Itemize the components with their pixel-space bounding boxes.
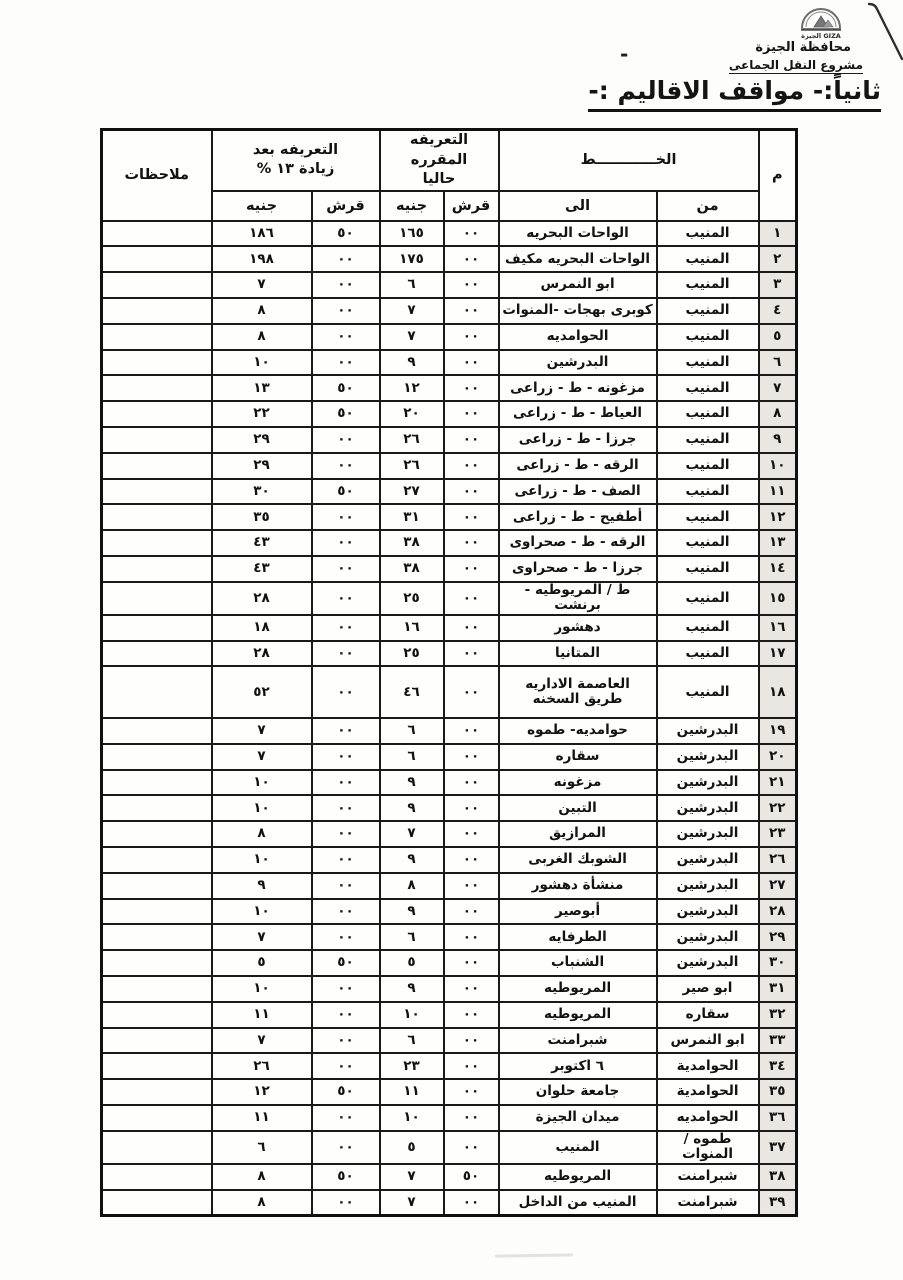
cell-notes [102,298,212,324]
row-number: ٥ [759,324,797,350]
cell-from: المنيب [657,453,759,479]
cell-from: المنيب [657,272,759,298]
row-number: ١١ [759,479,797,505]
cell-current-qirsh: ٠٠ [444,744,499,770]
cell-current-geneh: ٧ [380,324,444,350]
cell-from: البدرشين [657,795,759,821]
cell-from: المنيب [657,641,759,667]
cell-from: المنيب [657,666,759,718]
cell-to: المتانيا [499,641,657,667]
cell-new-qirsh: ٠٠ [312,246,380,272]
table-body: ١المنيبالواحات البحريه٠٠١٦٥٥٠١٨٦٢المنيبا… [102,221,797,1216]
row-number: ٣٤ [759,1053,797,1079]
cell-current-geneh: ٦ [380,744,444,770]
cell-current-qirsh: ٠٠ [444,582,499,615]
cell-new-geneh: ١٠ [212,350,312,376]
cell-current-geneh: ٦ [380,272,444,298]
table-row: ١المنيبالواحات البحريه٠٠١٦٥٥٠١٨٦ [102,221,797,247]
cell-current-geneh: ١٦ [380,615,444,641]
table-row: ٢٦البدرشينالشوبك الغربى٠٠٩٠٠١٠ [102,847,797,873]
row-number: ٦ [759,350,797,376]
cell-new-geneh: ٨ [212,324,312,350]
cell-new-qirsh: ٠٠ [312,1053,380,1079]
cell-notes [102,556,212,582]
cell-new-qirsh: ٠٠ [312,718,380,744]
cell-notes [102,1053,212,1079]
cell-new-qirsh: ٥٠ [312,401,380,427]
cell-from: البدرشين [657,899,759,925]
col-header-current-tariff-group: التعريفه المقرره حاليا [380,130,499,191]
governorate-name: محافظة الجيزة [755,40,851,55]
cell-new-qirsh: ٠٠ [312,1131,380,1164]
cell-new-geneh: ٢٩ [212,453,312,479]
cell-new-qirsh: ٠٠ [312,504,380,530]
cell-from: البدرشين [657,770,759,796]
cell-current-geneh: ٦ [380,924,444,950]
table-row: ١٣المنيبالرقه - ط - صحراوى٠٠٣٨٠٠٤٣ [102,530,797,556]
cell-from: الحوامدية [657,1079,759,1105]
cell-current-qirsh: ٠٠ [444,272,499,298]
cell-to: الشنباب [499,950,657,976]
cell-notes [102,427,212,453]
cell-notes [102,950,212,976]
row-number: ٣٠ [759,950,797,976]
cell-new-qirsh: ٠٠ [312,666,380,718]
table-row: ٥المنيبالحوامديه٠٠٧٠٠٨ [102,324,797,350]
cell-to: كوبرى بهجات -المنوات [499,298,657,324]
cell-notes [102,582,212,615]
document-page: الجيزة GIZA محافظة الجيزة مشروع النقل ال… [0,0,903,1280]
cell-new-geneh: ٦ [212,1131,312,1164]
cell-new-qirsh: ٠٠ [312,427,380,453]
cell-current-geneh: ١١ [380,1079,444,1105]
cell-current-qirsh: ٠٠ [444,1002,499,1028]
cell-current-geneh: ٢٦ [380,453,444,479]
cell-to: الشوبك الغربى [499,847,657,873]
cell-current-qirsh: ٠٠ [444,821,499,847]
cell-new-qirsh: ٠٠ [312,272,380,298]
cell-to: المرازيق [499,821,657,847]
col-header-geneh-current: جنيه [380,191,444,221]
project-name: مشروع النقل الجماعى [729,58,863,74]
cell-current-geneh: ٩ [380,795,444,821]
cell-to: حوامديه- طموه [499,718,657,744]
row-number: ١٤ [759,556,797,582]
cell-from: ابو النمرس [657,1028,759,1054]
scan-smudge [495,1253,573,1257]
cell-from: المنيب [657,324,759,350]
cell-notes [102,324,212,350]
cell-notes [102,479,212,505]
cell-new-qirsh: ٥٠ [312,479,380,505]
cell-notes [102,504,212,530]
row-number: ٧ [759,375,797,401]
cell-from: البدرشين [657,873,759,899]
row-number: ١٧ [759,641,797,667]
cell-current-qirsh: ٠٠ [444,221,499,247]
col-header-line-group: الخــــــــــــط [499,130,759,191]
row-number: ٢١ [759,770,797,796]
row-number: ٢٣ [759,821,797,847]
cell-to: مزغونه - ط - زراعى [499,375,657,401]
cell-new-geneh: ٨ [212,298,312,324]
cell-new-qirsh: ٠٠ [312,453,380,479]
col-header-notes: ملاحظات [102,130,212,221]
cell-current-qirsh: ٠٠ [444,976,499,1002]
cell-to: جامعة حلوان [499,1079,657,1105]
cell-new-qirsh: ٠٠ [312,976,380,1002]
cell-new-qirsh: ٠٠ [312,324,380,350]
cell-notes [102,1164,212,1190]
cell-new-geneh: ١٨ [212,615,312,641]
cell-new-qirsh: ٠٠ [312,795,380,821]
row-number: ٣٦ [759,1105,797,1131]
cell-new-qirsh: ٥٠ [312,950,380,976]
cell-from: المنيب [657,298,759,324]
table-row: ٣٥الحوامديةجامعة حلوان٠٠١١٥٠١٢ [102,1079,797,1105]
cell-current-qirsh: ٠٠ [444,1131,499,1164]
cell-current-qirsh: ٠٠ [444,246,499,272]
current-tariff-label-line1: التعريفه المقرره [383,131,496,170]
cell-new-qirsh: ٠٠ [312,1105,380,1131]
table-row: ١٦المنيبدهشور٠٠١٦٠٠١٨ [102,615,797,641]
row-number: ٣٨ [759,1164,797,1190]
cell-current-geneh: ١٦٥ [380,221,444,247]
row-number: ٢٧ [759,873,797,899]
cell-new-qirsh: ٥٠ [312,375,380,401]
cell-to: سقاره [499,744,657,770]
row-number: ١٦ [759,615,797,641]
table-row: ٦المنيبالبدرشين٠٠٩٠٠١٠ [102,350,797,376]
cell-notes [102,873,212,899]
current-tariff-label-line2: حاليا [383,170,496,190]
cell-new-qirsh: ٠٠ [312,556,380,582]
cell-from: البدرشين [657,847,759,873]
row-number: ٣ [759,272,797,298]
cell-to: أبوصير [499,899,657,925]
cell-from: المنيب [657,401,759,427]
cell-notes [102,1131,212,1164]
cell-new-geneh: ٧ [212,924,312,950]
row-number: ٤ [759,298,797,324]
cell-from: شبرامنت [657,1190,759,1216]
cell-current-qirsh: ٠٠ [444,375,499,401]
table-row: ٢٨البدرشينأبوصير٠٠٩٠٠١٠ [102,899,797,925]
cell-new-qirsh: ٠٠ [312,1028,380,1054]
cell-notes [102,272,212,298]
cell-current-qirsh: ٠٠ [444,324,499,350]
table-row: ١٨المنيبالعاصمة الاداريه طريق السخنه٠٠٤٦… [102,666,797,718]
cell-to: أطفيح - ط - زراعى [499,504,657,530]
cell-to: ٦ اكتوبر [499,1053,657,1079]
cell-to: شبرامنت [499,1028,657,1054]
cell-new-qirsh: ٠٠ [312,530,380,556]
cell-current-geneh: ٣٨ [380,530,444,556]
cell-notes [102,666,212,718]
table-row: ١٥المنيبط / المريوطيه - برنشت٠٠٢٥٠٠٢٨ [102,582,797,615]
cell-new-geneh: ٩ [212,873,312,899]
cell-new-qirsh: ٠٠ [312,899,380,925]
cell-current-qirsh: ٠٠ [444,504,499,530]
cell-current-geneh: ٧ [380,1164,444,1190]
cell-from: المنيب [657,427,759,453]
cell-from: المنيب [657,375,759,401]
cell-to: المريوطيه [499,976,657,1002]
cell-current-geneh: ١٠ [380,1105,444,1131]
regional-stops-tariff-table: م الخــــــــــــط التعريفه المقرره حالي… [100,128,798,1217]
cell-notes [102,770,212,796]
cell-from: طموه / المنوات [657,1131,759,1164]
table-row: ٣٦الحوامديهميدان الجيزة٠٠١٠٠٠١١ [102,1105,797,1131]
cell-current-geneh: ٤٦ [380,666,444,718]
cell-new-geneh: ٣٥ [212,504,312,530]
cell-notes [102,795,212,821]
cell-current-qirsh: ٠٠ [444,718,499,744]
cell-new-geneh: ٨ [212,821,312,847]
cell-new-qirsh: ٥٠ [312,1079,380,1105]
cell-from: البدرشين [657,924,759,950]
page-title: ثانياً:- مواقف الاقاليم :- [588,76,881,112]
row-number: ١٩ [759,718,797,744]
row-number: ٣٥ [759,1079,797,1105]
row-number: ١٥ [759,582,797,615]
cell-current-qirsh: ٠٠ [444,641,499,667]
cell-to: العاصمة الاداريه طريق السخنه [499,666,657,718]
cell-notes [102,246,212,272]
table-row: ٣١ابو صيرالمريوطيه٠٠٩٠٠١٠ [102,976,797,1002]
cell-current-qirsh: ٠٠ [444,770,499,796]
table-row: ٤المنيبكوبرى بهجات -المنوات٠٠٧٠٠٨ [102,298,797,324]
row-number: ١٨ [759,666,797,718]
cell-current-geneh: ٩ [380,770,444,796]
cell-new-geneh: ١١ [212,1002,312,1028]
cell-current-geneh: ٢٥ [380,641,444,667]
cell-from: البدرشين [657,718,759,744]
cell-new-geneh: ٧ [212,272,312,298]
cell-new-geneh: ٧ [212,744,312,770]
cell-notes [102,615,212,641]
cell-current-qirsh: ٠٠ [444,1028,499,1054]
cell-current-geneh: ٥ [380,1131,444,1164]
col-header-geneh-new: جنيه [212,191,312,221]
cell-current-geneh: ٧ [380,821,444,847]
cell-from: المنيب [657,582,759,615]
cell-new-qirsh: ٠٠ [312,350,380,376]
cell-new-qirsh: ٠٠ [312,770,380,796]
table-row: ٣٤الحوامدية٦ اكتوبر٠٠٢٣٠٠٢٦ [102,1053,797,1079]
cell-current-geneh: ٣١ [380,504,444,530]
cell-current-geneh: ١٠ [380,1002,444,1028]
giza-logo-caption: الجيزة GIZA [801,32,841,40]
row-number: ٢٢ [759,795,797,821]
table-row: ١٩البدرشينحوامديه- طموه٠٠٦٠٠٧ [102,718,797,744]
cell-current-geneh: ٨ [380,873,444,899]
table-row: ٣٣ابو النمرسشبرامنت٠٠٦٠٠٧ [102,1028,797,1054]
cell-from: سقاره [657,1002,759,1028]
cell-notes [102,847,212,873]
cell-new-geneh: ٧ [212,1028,312,1054]
row-number: ٣٣ [759,1028,797,1054]
row-number: ٣١ [759,976,797,1002]
cell-new-geneh: ١٠ [212,899,312,925]
cell-to: الطرفايه [499,924,657,950]
table-row: ٢٧البدرشينمنشأة دهشور٠٠٨٠٠٩ [102,873,797,899]
cell-current-qirsh: ٠٠ [444,1190,499,1216]
stray-dash-mark: - [620,42,628,66]
cell-current-qirsh: ٠٠ [444,479,499,505]
table-row: ١٧المنيبالمتانيا٠٠٢٥٠٠٢٨ [102,641,797,667]
col-header-to: الى [499,191,657,221]
cell-current-geneh: ٥ [380,950,444,976]
cell-from: البدرشين [657,821,759,847]
table-row: ٢٢البدرشينالتبين٠٠٩٠٠١٠ [102,795,797,821]
cell-current-qirsh: ٥٠ [444,1164,499,1190]
cell-new-qirsh: ٥٠ [312,1164,380,1190]
cell-from: المنيب [657,556,759,582]
cell-to: الواحات البحريه [499,221,657,247]
cell-new-qirsh: ٥٠ [312,221,380,247]
row-number: ١٢ [759,504,797,530]
cell-new-geneh: ٢٦ [212,1053,312,1079]
cell-current-geneh: ٩ [380,976,444,1002]
cell-new-geneh: ١٠ [212,770,312,796]
cell-notes [102,375,212,401]
cell-notes [102,744,212,770]
table-row: ٣٠البدرشينالشنباب٠٠٥٥٠٥ [102,950,797,976]
col-header-qirsh-new: قرش [312,191,380,221]
row-number: ٣٧ [759,1131,797,1164]
cell-current-qirsh: ٠٠ [444,873,499,899]
col-header-qirsh-current: قرش [444,191,499,221]
table-row: ٩المنيبجرزا - ط - زراعى٠٠٢٦٠٠٢٩ [102,427,797,453]
row-number: ١٠ [759,453,797,479]
col-header-num: م [759,130,797,221]
cell-from: المنيب [657,246,759,272]
cell-from: المنيب [657,615,759,641]
cell-current-geneh: ٢٥ [380,582,444,615]
cell-new-qirsh: ٠٠ [312,744,380,770]
cell-from: الحوامديه [657,1105,759,1131]
cell-notes [102,718,212,744]
cell-current-geneh: ١٧٥ [380,246,444,272]
cell-new-geneh: ١١ [212,1105,312,1131]
row-number: ٢٨ [759,899,797,925]
cell-current-qirsh: ٠٠ [444,1105,499,1131]
cell-current-qirsh: ٠٠ [444,1079,499,1105]
cell-notes [102,221,212,247]
new-tariff-label-line2: زيادة ١٣ % [215,160,377,180]
row-number: ٨ [759,401,797,427]
cell-new-geneh: ١٨٦ [212,221,312,247]
table-row: ٣المنيبابو النمرس٠٠٦٠٠٧ [102,272,797,298]
cell-to: جرزا - ط - صحراوى [499,556,657,582]
table-row: ٢١البدرشينمزغونه٠٠٩٠٠١٠ [102,770,797,796]
cell-to: المريوطيه [499,1002,657,1028]
cell-current-qirsh: ٠٠ [444,950,499,976]
row-number: ٣٩ [759,1190,797,1216]
table-row: ٣٩شبرامنتالمنيب من الداخل٠٠٧٠٠٨ [102,1190,797,1216]
row-number: ٣٢ [759,1002,797,1028]
table-row: ٣٢سقارهالمريوطيه٠٠١٠٠٠١١ [102,1002,797,1028]
cell-new-geneh: ١٠ [212,847,312,873]
cell-current-qirsh: ٠٠ [444,847,499,873]
table-row: ٢٩البدرشينالطرفايه٠٠٦٠٠٧ [102,924,797,950]
table-row: ١١المنيبالصف - ط - زراعى٠٠٢٧٥٠٣٠ [102,479,797,505]
table-row: ٢٣البدرشينالمرازيق٠٠٧٠٠٨ [102,821,797,847]
cell-from: المنيب [657,350,759,376]
cell-to: دهشور [499,615,657,641]
cell-new-geneh: ٣٠ [212,479,312,505]
cell-to: التبين [499,795,657,821]
cell-current-geneh: ١٢ [380,375,444,401]
cell-to: المنيب من الداخل [499,1190,657,1216]
table-row: ٢المنيبالواحات البحريه مكيف٠٠١٧٥٠٠١٩٨ [102,246,797,272]
cell-current-qirsh: ٠٠ [444,427,499,453]
cell-new-qirsh: ٠٠ [312,847,380,873]
cell-current-geneh: ٣٨ [380,556,444,582]
cell-current-geneh: ٩ [380,847,444,873]
row-number: ٩ [759,427,797,453]
cell-current-qirsh: ٠٠ [444,795,499,821]
cell-notes [102,530,212,556]
cell-notes [102,453,212,479]
cell-from: المنيب [657,479,759,505]
cell-from: ابو صير [657,976,759,1002]
row-number: ١٣ [759,530,797,556]
cell-current-qirsh: ٠٠ [444,530,499,556]
cell-notes [102,1028,212,1054]
cell-to: الحوامديه [499,324,657,350]
row-number: ٢٦ [759,847,797,873]
cell-new-qirsh: ٠٠ [312,873,380,899]
cell-notes [102,641,212,667]
cell-to: ط / المريوطيه - برنشت [499,582,657,615]
cell-new-qirsh: ٠٠ [312,615,380,641]
cell-new-qirsh: ٠٠ [312,821,380,847]
cell-current-qirsh: ٠٠ [444,556,499,582]
row-number: ٢ [759,246,797,272]
cell-to: ميدان الجيزة [499,1105,657,1131]
cell-notes [102,1079,212,1105]
cell-new-geneh: ٨ [212,1190,312,1216]
table-row: ١٢المنيبأطفيح - ط - زراعى٠٠٣١٠٠٣٥ [102,504,797,530]
col-header-from: من [657,191,759,221]
cell-notes [102,924,212,950]
cell-notes [102,1190,212,1216]
cell-to: الرقه - ط - زراعى [499,453,657,479]
cell-new-geneh: ٢٩ [212,427,312,453]
cell-current-qirsh: ٠٠ [444,350,499,376]
cell-to: الرقه - ط - صحراوى [499,530,657,556]
cell-new-qirsh: ٠٠ [312,582,380,615]
cell-new-qirsh: ٠٠ [312,1002,380,1028]
cell-to: الواحات البحريه مكيف [499,246,657,272]
cell-new-geneh: ٤٣ [212,556,312,582]
cell-current-geneh: ٩ [380,899,444,925]
cell-new-qirsh: ٠٠ [312,298,380,324]
cell-new-geneh: ٧ [212,718,312,744]
cell-new-geneh: ٨ [212,1164,312,1190]
cell-to: جرزا - ط - زراعى [499,427,657,453]
cell-new-geneh: ١٩٨ [212,246,312,272]
cell-from: الحوامدية [657,1053,759,1079]
new-tariff-label-line1: التعريفه بعد [215,141,377,161]
cell-new-geneh: ٢٨ [212,641,312,667]
cell-to: العياط - ط - زراعى [499,401,657,427]
cell-new-geneh: ٢٢ [212,401,312,427]
cell-notes [102,899,212,925]
cell-current-geneh: ٧ [380,1190,444,1216]
